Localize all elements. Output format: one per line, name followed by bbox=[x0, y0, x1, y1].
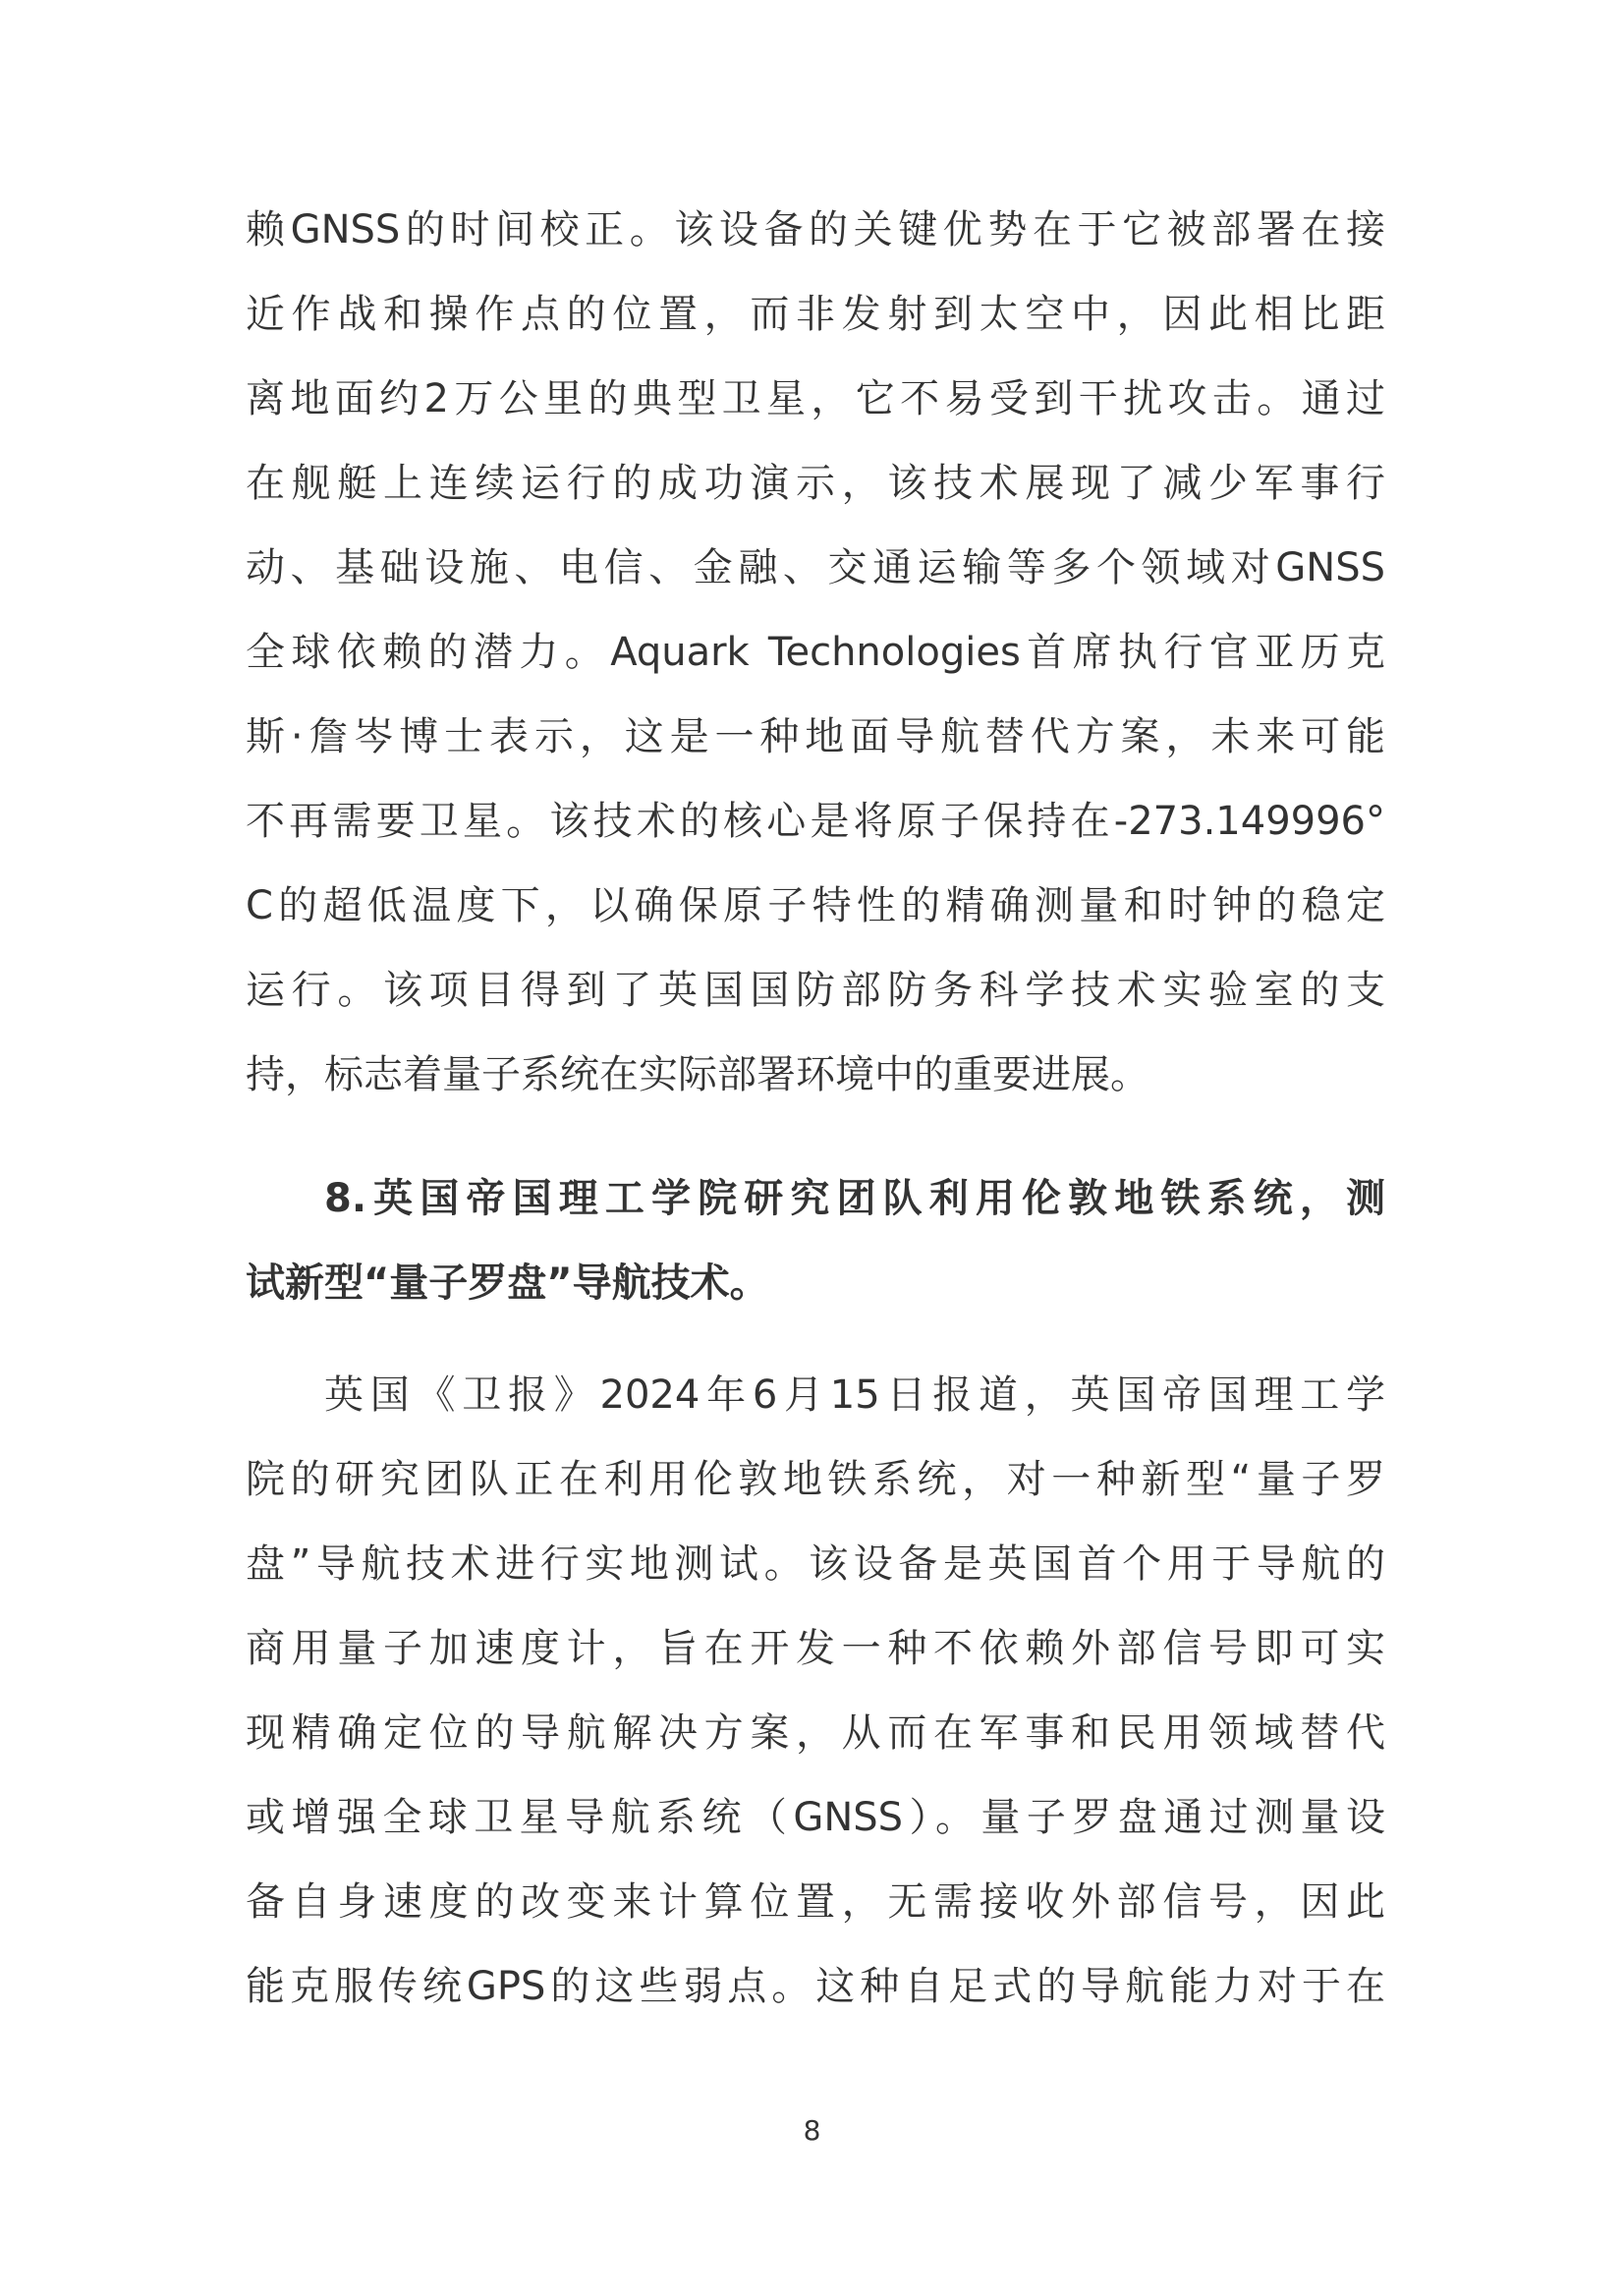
text-line: 或增强全球卫星导航系统（GNSS）。量子罗盘通过测量设 bbox=[246, 1791, 1385, 1844]
text-line: 现精确定位的导航解决方案，从而在军事和民用领域替代 bbox=[246, 1707, 1385, 1760]
text-line: 商用量子加速度计，旨在开发一种不依赖外部信号即可实 bbox=[246, 1622, 1385, 1675]
text-line: 备自身速度的改变来计算位置，无需接收外部信号，因此 bbox=[246, 1876, 1385, 1929]
text-line: C的超低温度下，以确保原子特性的精确测量和时钟的稳定 bbox=[246, 879, 1385, 932]
heading-line: 8.英国帝国理工学院研究团队利用伦敦地铁系统，测 bbox=[324, 1172, 1385, 1225]
text-line: 斯·詹岑博士表示，这是一种地面导航替代方案，未来可能 bbox=[246, 710, 1385, 763]
text-line: 盘”导航技术进行实地测试。该设备是英国首个用于导航的 bbox=[246, 1538, 1385, 1591]
text-line: 英国《卫报》2024年6月15日报道，英国帝国理工学 bbox=[324, 1369, 1385, 1422]
text-line: 不再需要卫星。该技术的核心是将原子保持在-273.149996° bbox=[246, 795, 1385, 848]
text-line: 在舰艇上连续运行的成功演示，该技术展现了减少军事行 bbox=[246, 457, 1385, 510]
text-line: 近作战和操作点的位置，而非发射到太空中，因此相比距 bbox=[246, 288, 1385, 341]
text-line: 离地面约2万公里的典型卫星，它不易受到干扰攻击。通过 bbox=[246, 372, 1385, 425]
text-line: 动、基础设施、电信、金融、交通运输等多个领域对GNSS bbox=[246, 541, 1385, 594]
document-page: 赖GNSS的时间校正。该设备的关键优势在于它被部署在接 近作战和操作点的位置，而… bbox=[0, 0, 1624, 2296]
text-line: 赖GNSS的时间校正。该设备的关键优势在于它被部署在接 bbox=[246, 203, 1385, 256]
page-number: 8 bbox=[0, 2114, 1624, 2148]
text-line: 运行。该项目得到了英国国防部防务科学技术实验室的支 bbox=[246, 964, 1385, 1017]
text-line: 院的研究团队正在利用伦敦地铁系统，对一种新型“量子罗 bbox=[246, 1453, 1385, 1506]
text-line: 持，标志着量子系统在实际部署环境中的重要进展。 bbox=[246, 1048, 1385, 1101]
text-line: 全球依赖的潜力。Aquark Technologies首席执行官亚历克 bbox=[246, 626, 1385, 679]
heading-line: 试新型“量子罗盘”导航技术。 bbox=[246, 1257, 1385, 1310]
text-line: 能克服传统GPS的这些弱点。这种自足式的导航能力对于在 bbox=[246, 1960, 1385, 2013]
